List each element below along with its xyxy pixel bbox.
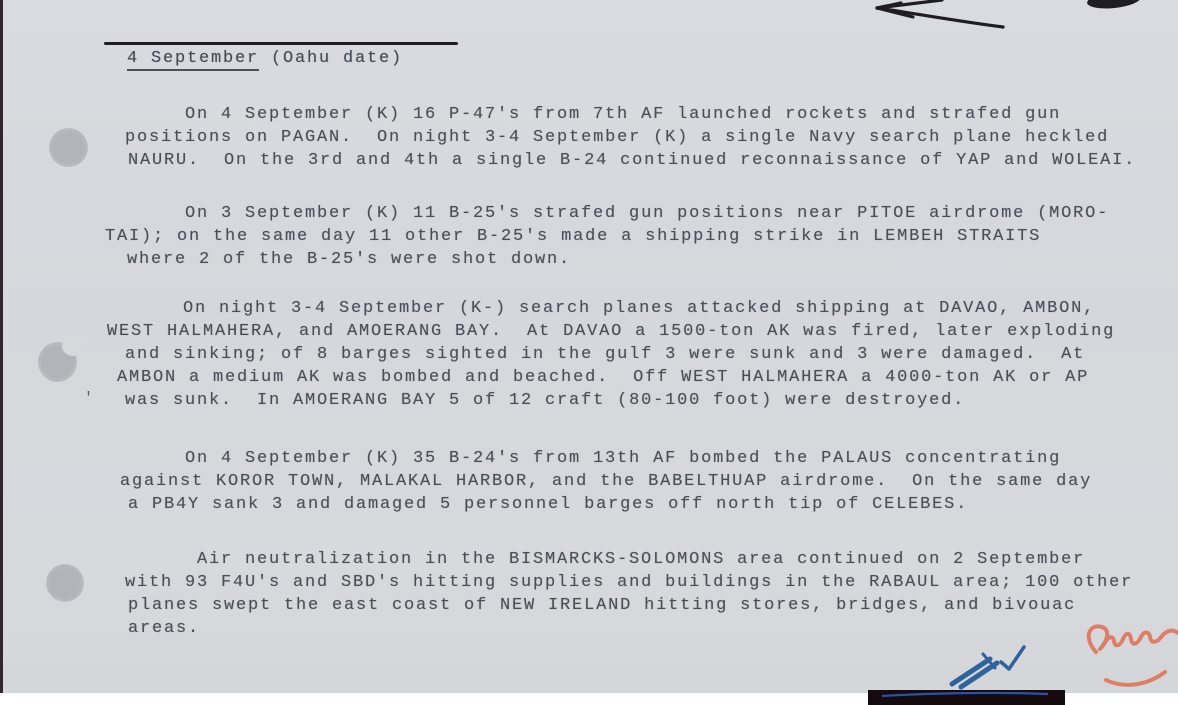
text-line: areas. [128, 617, 1178, 640]
text-line: TAI); on the same day 11 other B-25's ma… [105, 225, 1178, 248]
hole-punch [46, 564, 84, 602]
text-line: On 4 September (K) 35 B-24's from 13th A… [185, 447, 1178, 470]
text-line: On night 3-4 September (K-) search plane… [183, 297, 1178, 320]
section-heading: 4 September (Oahu date) [127, 47, 403, 70]
heading-rule [104, 42, 458, 45]
stray-ink-speck: ' [84, 390, 93, 407]
text-line: On 3 September (K) 11 B-25's strafed gun… [185, 202, 1178, 225]
heading-note: (Oahu date) [259, 49, 403, 68]
scanned-page: 4 September (Oahu date) On 4 September (… [0, 0, 1178, 693]
text-line: Air neutralization in the BISMARCKS-SOLO… [197, 548, 1178, 571]
text-line: NAURU. On the 3rd and 4th a single B-24 … [128, 149, 1178, 172]
paragraph: On 4 September (K) 35 B-24's from 13th A… [127, 447, 1178, 516]
text-line: where 2 of the B-25's were shot down. [127, 248, 1178, 271]
heading-date: 4 September [127, 49, 259, 71]
paragraph: Air neutralization in the BISMARCKS-SOLO… [127, 548, 1178, 640]
paragraph: On 3 September (K) 11 B-25's strafed gun… [127, 202, 1178, 271]
text-line: WEST HALMAHERA, and AMOERANG BAY. At DAV… [107, 320, 1178, 343]
text-line: against KOROR TOWN, MALAKAL HARBOR, and … [120, 470, 1178, 493]
text-line: a PB4Y sank 3 and damaged 5 personnel ba… [128, 493, 1178, 516]
document-body: On 4 September (K) 16 P-47's from 7th AF… [127, 103, 1178, 640]
text-line: and sinking; of 8 barges sighted in the … [125, 343, 1178, 366]
text-line: was sunk. In AMOERANG BAY 5 of 12 craft … [125, 389, 1178, 412]
scan-edge-left [0, 0, 3, 693]
hole-punch-bite [62, 336, 84, 356]
text-line: planes swept the east coast of NEW IRELA… [128, 594, 1178, 617]
text-line: with 93 F4U's and SBD's hitting supplies… [125, 571, 1178, 594]
text-line: AMBON a medium AK was bombed and beached… [117, 366, 1178, 389]
text-line: positions on PAGAN. On night 3-4 Septemb… [125, 126, 1178, 149]
text-line: On 4 September (K) 16 P-47's from 7th AF… [185, 103, 1178, 126]
paragraph: On night 3-4 September (K-) search plane… [127, 297, 1178, 412]
hole-punch [49, 128, 88, 167]
paragraph: On 4 September (K) 16 P-47's from 7th AF… [127, 103, 1178, 172]
